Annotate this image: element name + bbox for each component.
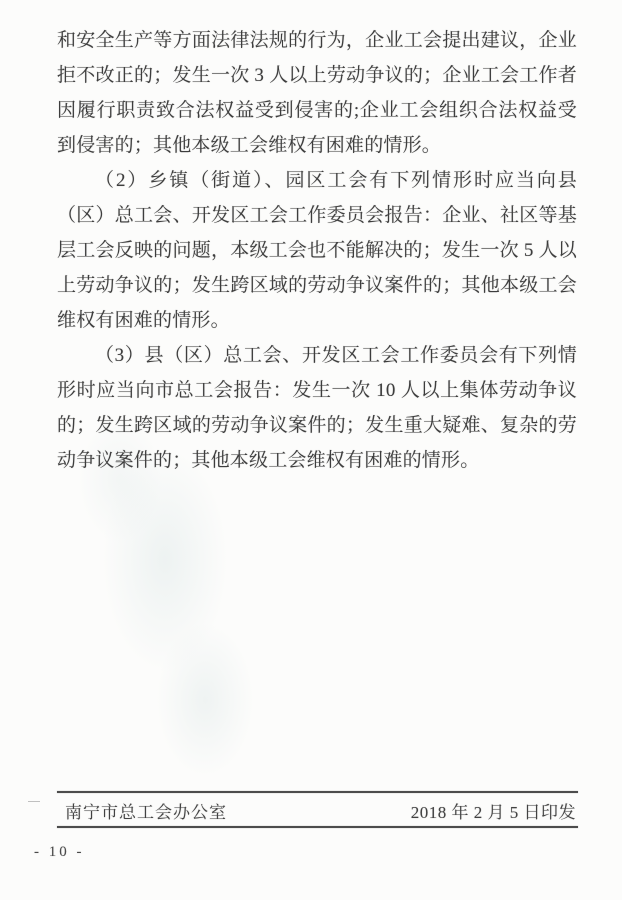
page-number: - 10 -: [34, 844, 85, 861]
footer-issuer: 南宁市总工会办公室: [57, 798, 227, 823]
footer-divider-top: [57, 791, 578, 793]
body-paragraph: 和安全生产等方面法律法规的行为，企业工会提出建议，企业拒不改正的；发生一次 3 …: [57, 23, 577, 163]
body-text: 和安全生产等方面法律法规的行为，企业工会提出建议，企业拒不改正的；发生一次 3 …: [57, 23, 577, 478]
footer: 南宁市总工会办公室 2018 年 2 月 5 日印发: [57, 796, 578, 824]
body-paragraph: （3）县（区）总工会、开发区工会工作委员会有下列情形时应当向市总工会报告：发生一…: [57, 338, 577, 478]
document-page: 和安全生产等方面法律法规的行为，企业工会提出建议，企业拒不改正的；发生一次 3 …: [0, 0, 622, 900]
body-paragraph: （2）乡镇（街道）、园区工会有下列情形时应当向县（区）总工会、开发区工会工作委员…: [57, 163, 577, 338]
footer-divider-bottom: [57, 826, 578, 828]
footer-print-date: 2018 年 2 月 5 日印发: [411, 798, 578, 823]
scan-artifact: [28, 801, 40, 802]
